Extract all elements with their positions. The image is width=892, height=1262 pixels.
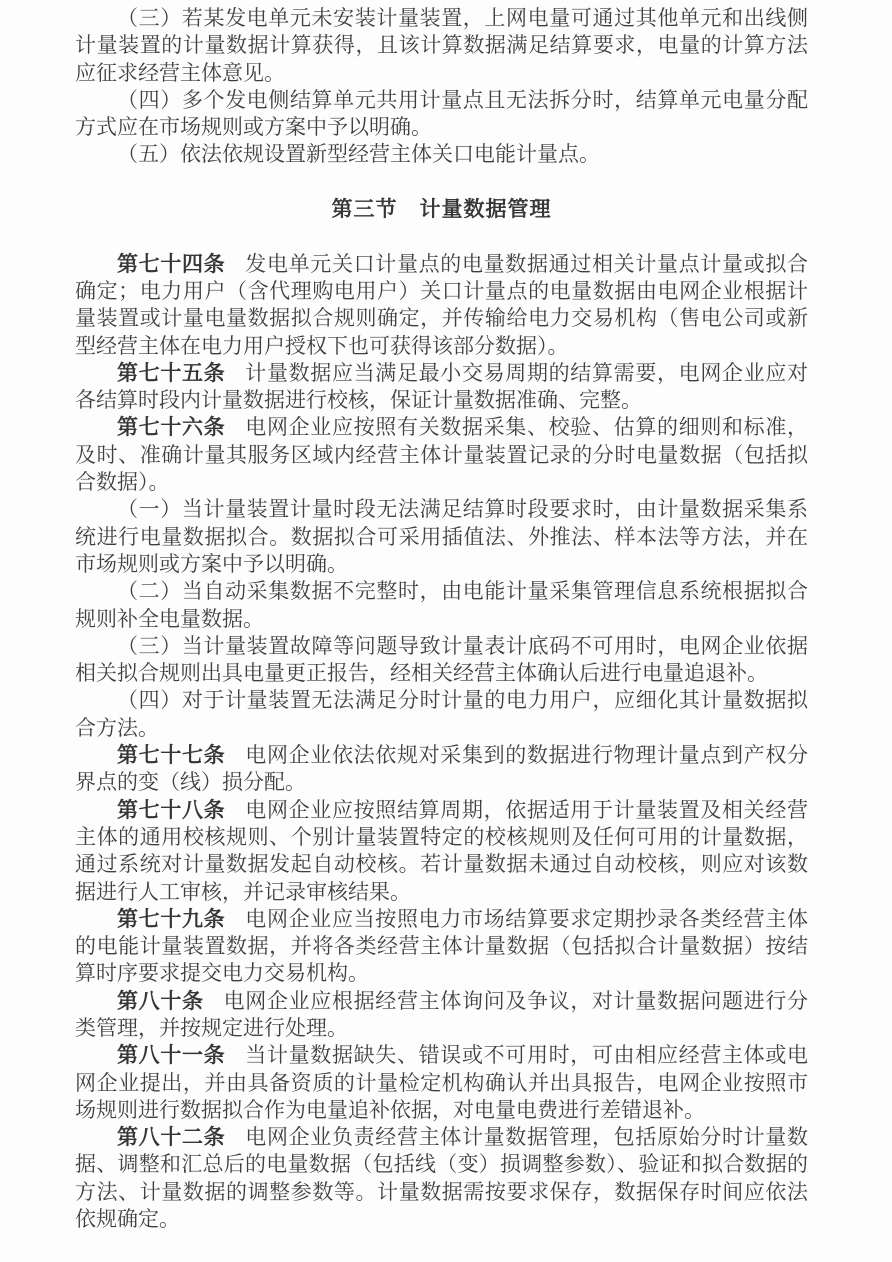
article-78-label: 第七十八条: [117, 798, 225, 822]
article-80-label: 第八十条: [117, 989, 204, 1013]
article-77-paragraph: 第七十七条电网企业依法依规对采集到的数据进行物理计量点到产权分界点的变（线）损分…: [75, 742, 808, 797]
article-76-paragraph: 第七十六条电网企业应按照有关数据采集、校验、估算的细则和标准，及时、准确计量其服…: [75, 414, 808, 496]
intro-clause-5: （五）依法依规设置新型经营主体关口电能计量点。: [75, 141, 808, 168]
article-76-clause-4: （四）对于计量装置无法满足分时计量的电力用户，应细化其计量数据拟合方法。: [75, 687, 808, 742]
article-78-paragraph: 第七十八条电网企业应按照结算周期，依据适用于计量装置及相关经营主体的通用校核规则…: [75, 797, 808, 906]
article-76-clause-1: （一）当计量装置计量时段无法满足结算时段要求时，由计量数据采集系统进行电量数据拟…: [75, 496, 808, 578]
article-76-label: 第七十六条: [117, 415, 225, 439]
section-heading: 第三节 计量数据管理: [75, 196, 808, 223]
article-79-paragraph: 第七十九条电网企业应当按照电力市场结算要求定期抄录各类经营主体的电能计量装置数据…: [75, 906, 808, 988]
intro-clause-3: （三）若某发电单元未安装计量装置，上网电量可通过其他单元和出线侧计量装置的计量数…: [75, 5, 808, 87]
article-77-label: 第七十七条: [117, 743, 225, 767]
article-79-label: 第七十九条: [117, 907, 225, 931]
article-80-paragraph: 第八十条电网企业应根据经营主体询问及争议，对计量数据问题进行分类管理，并按规定进…: [75, 988, 808, 1043]
article-76-clause-3: （三）当计量装置故障等问题导致计量表计底码不可用时，电网企业依据相关拟合规则出具…: [75, 633, 808, 688]
article-76-clause-2: （二）当自动采集数据不完整时，由电能计量采集管理信息系统根据拟合规则补全电量数据…: [75, 578, 808, 633]
article-75-label: 第七十五条: [117, 361, 225, 385]
article-74-paragraph: 第七十四条发电单元关口计量点的电量数据通过相关计量点计量或拟合确定；电力用户（含…: [75, 251, 808, 360]
article-81-paragraph: 第八十一条当计量数据缺失、错误或不可用时，可由相应经营主体或电网企业提出，并由具…: [75, 1042, 808, 1124]
document-page: （三）若某发电单元未安装计量装置，上网电量可通过其他单元和出线侧计量装置的计量数…: [0, 0, 892, 1262]
article-82-paragraph: 第八十二条电网企业负责经营主体计量数据管理，包括原始分时计量数据、调整和汇总后的…: [75, 1124, 808, 1233]
article-75-paragraph: 第七十五条计量数据应当满足最小交易周期的结算需要，电网企业应对各结算时段内计量数…: [75, 360, 808, 415]
article-81-label: 第八十一条: [117, 1043, 225, 1067]
intro-clause-4: （四）多个发电侧结算单元共用计量点且无法拆分时，结算单元电量分配方式应在市场规则…: [75, 87, 808, 142]
article-74-label: 第七十四条: [117, 252, 225, 276]
article-82-label: 第八十二条: [117, 1125, 225, 1149]
